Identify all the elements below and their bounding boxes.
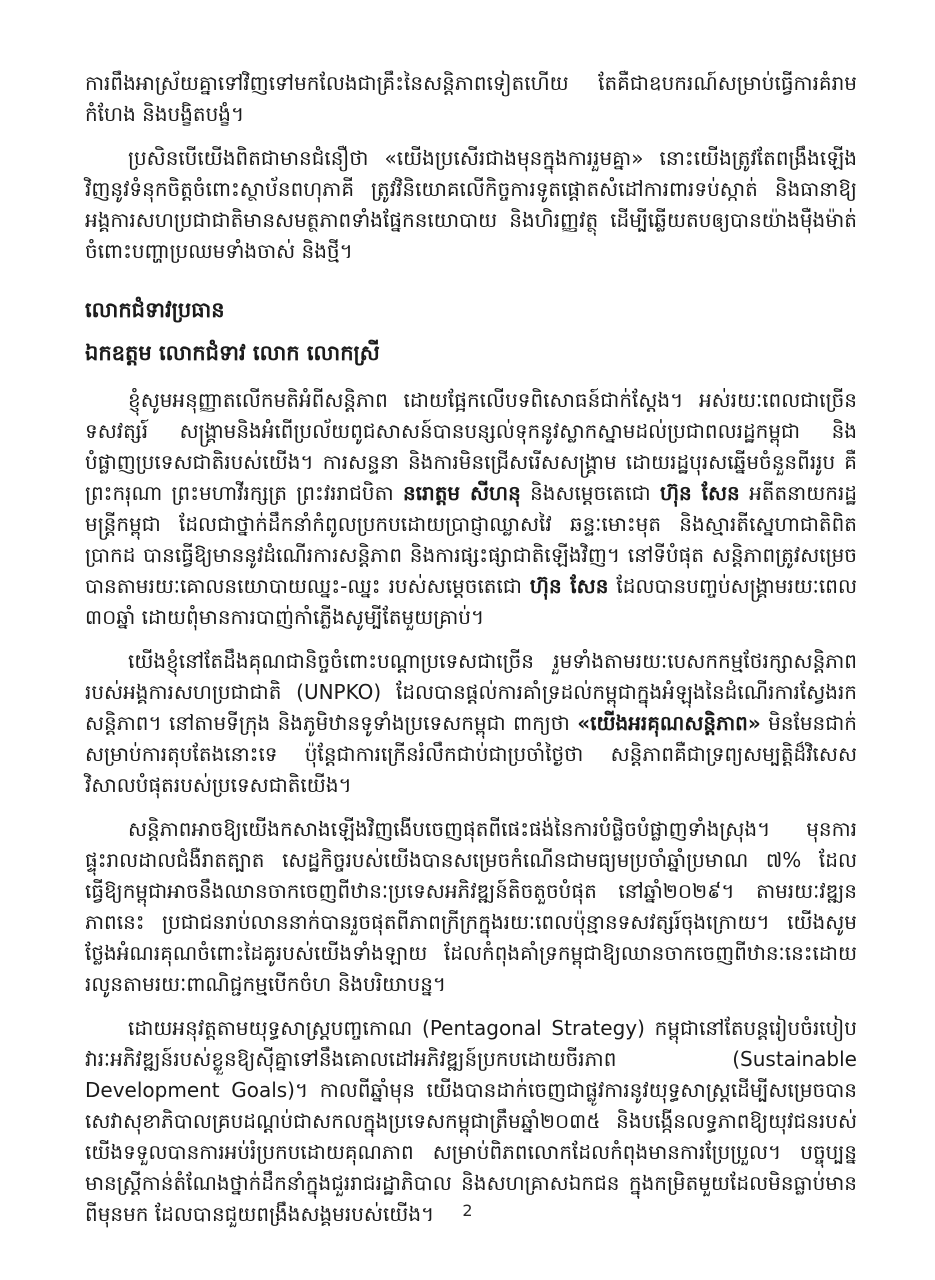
- paragraph: សន្តិភាពអាចឱ្យយើងកសាងឡើងវិញងើបចេញផុតពីផេ…: [85, 814, 857, 1000]
- text-run: និងសម្តេចតេជោ: [521, 481, 660, 505]
- document-body: ការពឹងអាស្រ័យគ្នាទៅវិញទៅមកលែងជាគ្រឹះនៃសន…: [85, 68, 857, 1243]
- bold-text-run: ហ៊ុន សែន: [530, 574, 608, 598]
- bold-text-run: នរោត្តម សីហនុ: [403, 481, 521, 505]
- text-run: ការពឹងអាស្រ័យគ្នាទៅវិញទៅមកលែងជាគ្រឹះនៃសន…: [85, 71, 857, 126]
- bold-text-run: «យើងអរគុណសន្តិភាព»: [577, 711, 761, 735]
- text-run: សន្តិភាពអាចឱ្យយើងកសាងឡើងវិញងើបចេញផុតពីផេ…: [85, 817, 857, 996]
- paragraph: ដោយអនុវត្តតាមយុទ្ធសាស្ត្របញ្ចកោណ (Pentag…: [85, 1013, 857, 1230]
- paragraph: ខ្ញុំសូមអនុញ្ញាតលើកមតិអំពីសន្តិភាព ដោយផ្…: [85, 385, 857, 633]
- bold-text-run: ហ៊ុន សែន: [660, 481, 740, 505]
- bold-text-run: ឯកឧត្តម លោកជំទាវ លោក លោកស្រី: [85, 341, 380, 365]
- paragraph: យើងខ្ញុំនៅតែដឹងគុណជានិច្ចចំពោះបណ្តាប្រទេ…: [85, 646, 857, 801]
- text-run: ប្រសិនបើយើងពិតជាមានជំនឿថា «យើងប្រសើរជាងម…: [85, 146, 857, 263]
- page-number: 2: [0, 1201, 935, 1220]
- section-heading: ឯកឧត្តម លោកជំទាវ លោក លោកស្រី: [85, 338, 857, 369]
- bold-text-run: លោកជំទាវប្រធាន: [85, 298, 225, 322]
- paragraph: ប្រសិនបើយើងពិតជាមានជំនឿថា «យើងប្រសើរជាងម…: [85, 143, 857, 267]
- paragraph: ការពឹងអាស្រ័យគ្នាទៅវិញទៅមកលែងជាគ្រឹះនៃសន…: [85, 68, 857, 130]
- document-page: ការពឹងអាស្រ័យគ្នាទៅវិញទៅមកលែងជាគ្រឹះនៃសន…: [0, 0, 935, 1280]
- section-heading: លោកជំទាវប្រធាន: [85, 295, 857, 326]
- text-run: ដោយអនុវត្តតាមយុទ្ធសាស្ត្របញ្ចកោណ (Pentag…: [85, 1016, 857, 1226]
